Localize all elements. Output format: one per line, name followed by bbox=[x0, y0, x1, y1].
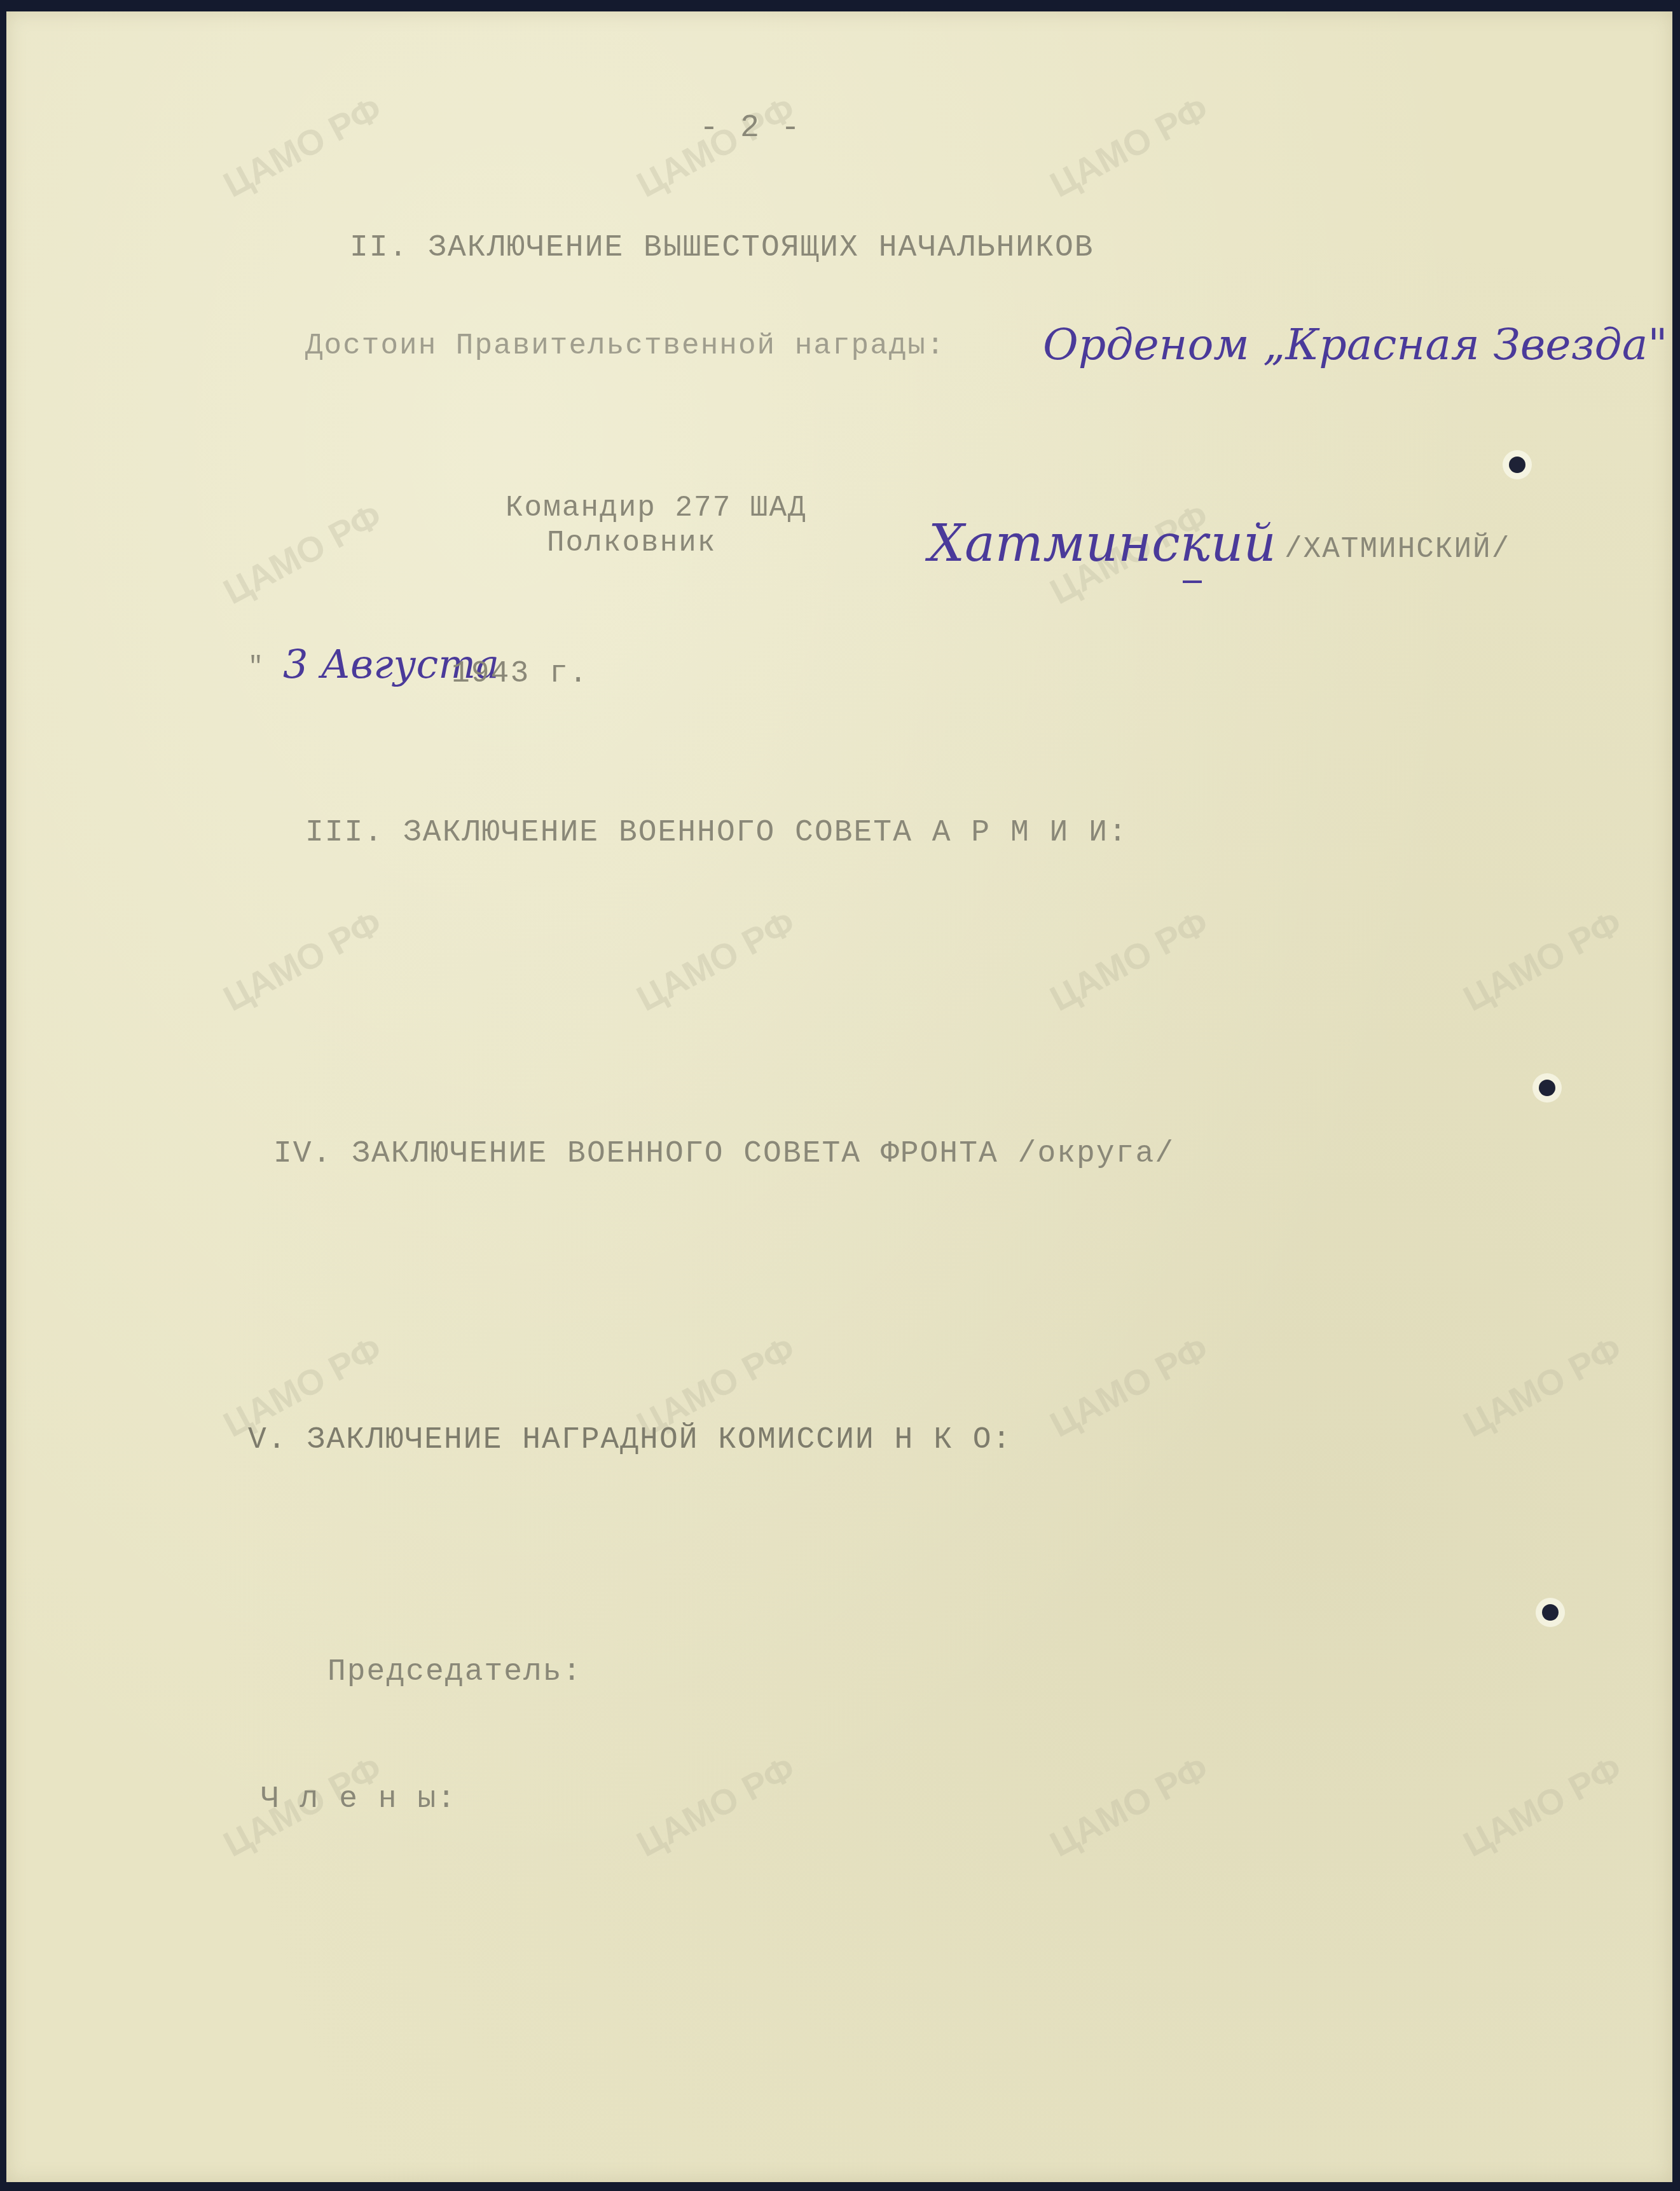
section-5-title: V. ЗАКЛЮЧЕНИЕ НАГРАДНОЙ КОМИССИИ Н К О: bbox=[248, 1423, 1012, 1457]
date-quote: " bbox=[248, 654, 265, 682]
signature-stroke bbox=[1183, 580, 1202, 583]
watermark: ЦАМО РФ bbox=[217, 88, 389, 205]
document-page: ЦАМО РФ ЦАМО РФ ЦАМО РФ ЦАМО РФ ЦАМО РФ … bbox=[6, 11, 1672, 2182]
section-4-title: IV. ЗАКЛЮЧЕНИЕ ВОЕННОГО СОВЕТА ФРОНТА /о… bbox=[273, 1137, 1174, 1171]
watermark: ЦАМО РФ bbox=[217, 902, 389, 1019]
commander-signature: Хатминский bbox=[928, 514, 1276, 573]
commander-name: /ХАТМИНСКИЙ/ bbox=[1284, 533, 1510, 566]
section-3-title: III. ЗАКЛЮЧЕНИЕ ВОЕННОГО СОВЕТА А Р М И … bbox=[305, 816, 1128, 850]
watermark: ЦАМО РФ bbox=[1457, 1328, 1628, 1445]
section-2-title: II. ЗАКЛЮЧЕНИЕ ВЫШЕСТОЯЩИХ НАЧАЛЬНИКОВ bbox=[350, 231, 1094, 265]
watermark: ЦАМО РФ bbox=[1043, 902, 1215, 1019]
watermark: ЦАМО РФ bbox=[1043, 1328, 1215, 1445]
date-typed: 1943 г. bbox=[451, 657, 589, 691]
members-label: Ч л е н ы: bbox=[261, 1782, 457, 1817]
watermark: ЦАМО РФ bbox=[630, 88, 802, 205]
punch-hole bbox=[1542, 1604, 1559, 1621]
award-label: Достоин Правительственной награды: bbox=[305, 329, 946, 362]
award-handwritten: Орденом „Красная Звезда" bbox=[1043, 320, 1668, 370]
commander-rank: Полковник bbox=[547, 526, 716, 560]
watermark: ЦАМО РФ bbox=[1043, 1747, 1215, 1865]
page-number: - 2 - bbox=[699, 110, 801, 146]
watermark: ЦАМО РФ bbox=[217, 495, 389, 612]
watermark: ЦАМО РФ bbox=[1457, 1747, 1628, 1865]
punch-hole bbox=[1539, 1080, 1555, 1096]
watermark: ЦАМО РФ bbox=[630, 1747, 802, 1865]
watermark: ЦАМО РФ bbox=[1043, 88, 1215, 205]
commander-title: Командир 277 ШАД bbox=[506, 491, 807, 525]
punch-hole bbox=[1509, 457, 1525, 473]
watermark: ЦАМО РФ bbox=[1457, 902, 1628, 1019]
watermark: ЦАМО РФ bbox=[630, 902, 802, 1019]
chairman-label: Председатель: bbox=[327, 1655, 582, 1689]
